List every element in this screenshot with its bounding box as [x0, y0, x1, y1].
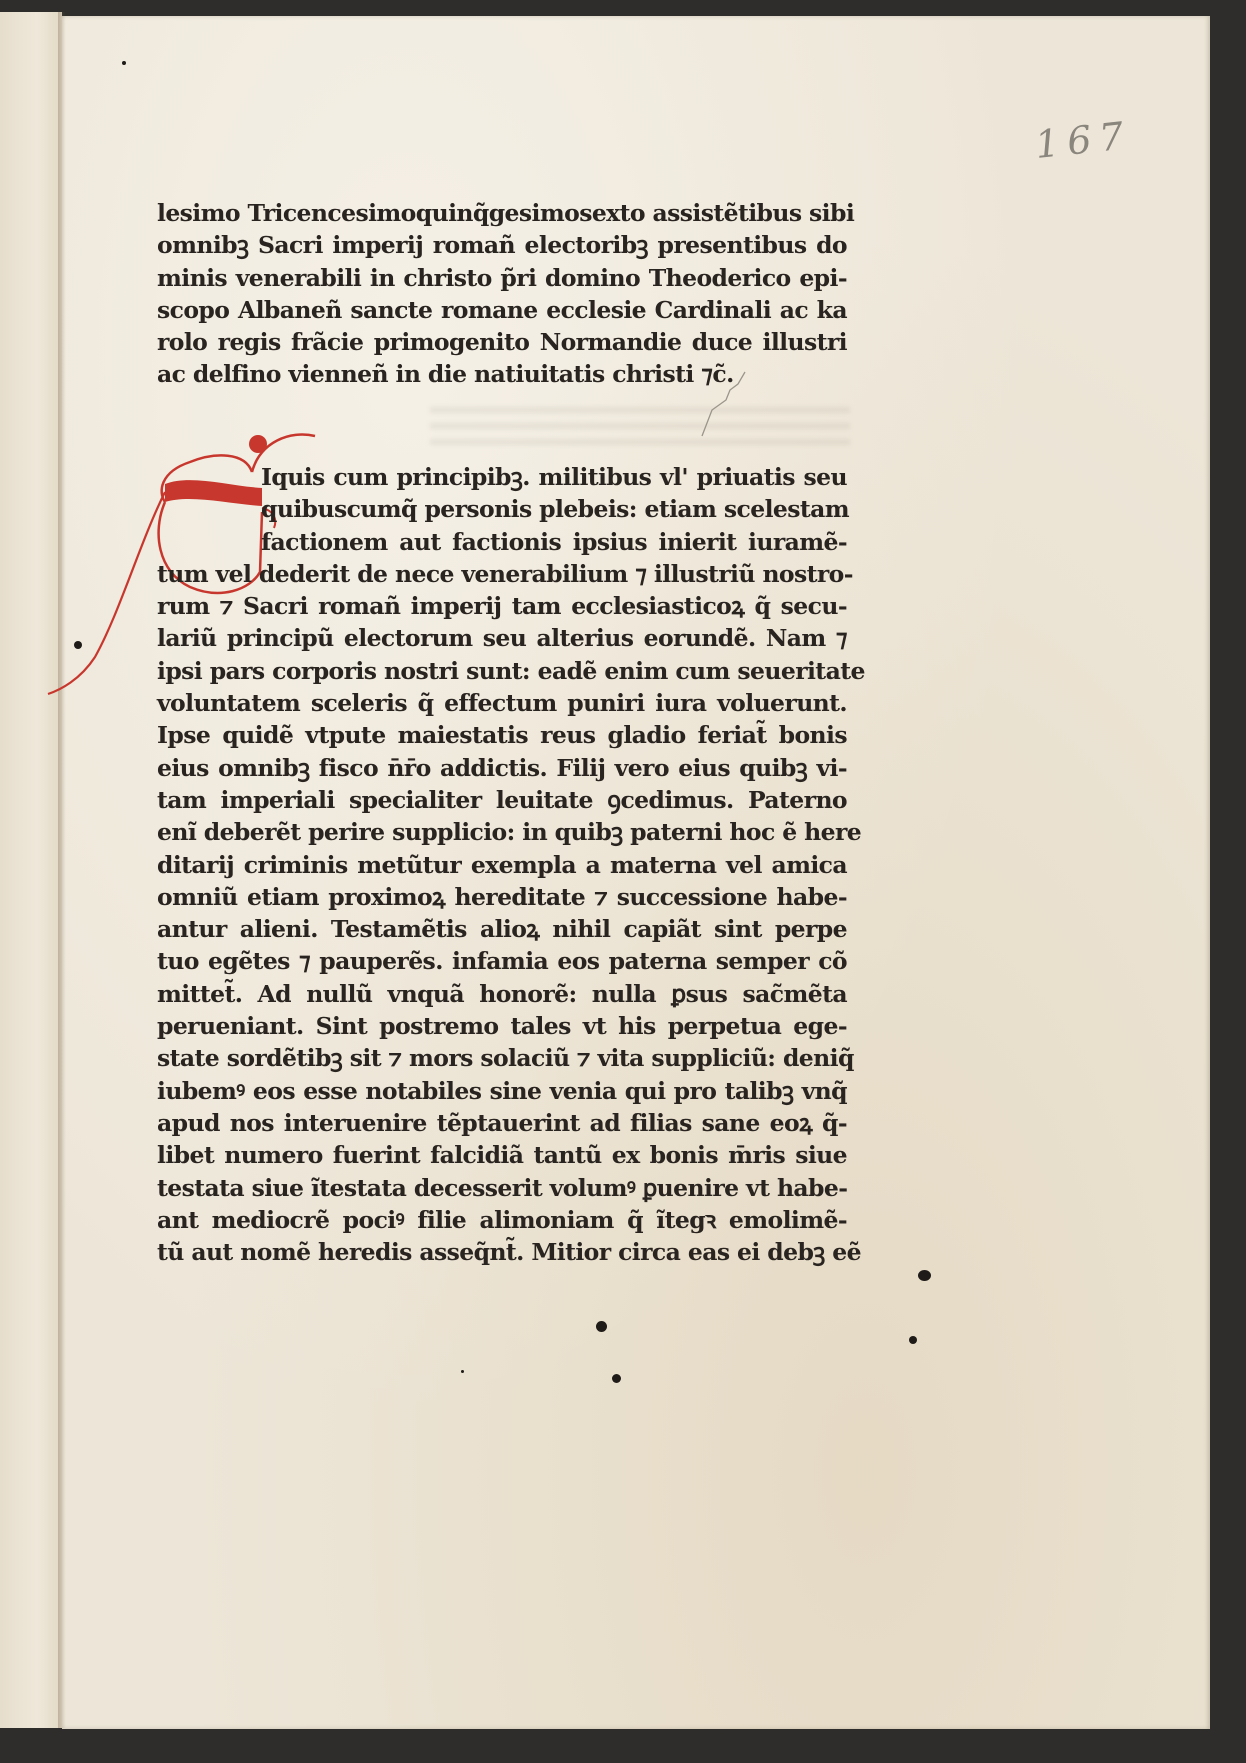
text-line: lariũ principũ electorum seu alterius eo…	[157, 622, 847, 654]
ink-spot	[918, 1270, 931, 1281]
text-line: tam imperiali specialiter leuitate ꝯcedi…	[157, 784, 847, 816]
text-line: factionem aut factionis ipsius inierit i…	[157, 526, 847, 558]
text-line: Ipse quidẽ vtpute maiestatis reus gladio…	[157, 719, 847, 751]
ink-spot	[74, 641, 82, 649]
text-line: tuo egẽtes ⁊ pauperẽs. infamia eos pater…	[157, 945, 847, 977]
text-line: perueniant. Sint postremo tales vt his p…	[157, 1010, 847, 1042]
ink-spot	[612, 1374, 621, 1383]
gutter-shadow	[58, 12, 66, 1728]
text-line: tũ aut nomẽ heredis asseq̃nt̃. Mitior ci…	[157, 1236, 847, 1268]
text-line: iubemꝰ eos esse notabiles sine venia qui…	[157, 1075, 847, 1107]
text-line: omnibꝫ Sacri imperij romañ electoribꝫ pr…	[157, 229, 847, 261]
text-line: apud nos interuenire tẽptauerint ad fili…	[157, 1107, 847, 1139]
text-line: scopo Albaneñ sancte romane ecclesie Car…	[157, 294, 847, 326]
text-line: rolo regis frãcie primogenito Normandie …	[157, 326, 847, 358]
text-block-2: Iquis cum principibꝫ. militibus vl' priu…	[157, 461, 847, 1268]
text-line: antur alieni. Testamẽtis alioꝝ nihil cap…	[157, 913, 847, 945]
text-line: ac delfino vienneñ in die natiuitatis ch…	[157, 358, 847, 390]
text-line: lesimo Tricencesimoquinq̃gesimosexto ass…	[157, 197, 847, 229]
text-line: Iquis cum principibꝫ. militibus vl' priu…	[157, 461, 847, 493]
text-line: enĩ deberẽt perire supplicio: in quibꝫ p…	[157, 816, 847, 848]
text-line: mittet̃. Ad nullũ vnquã honorẽ: nulla ꝑs…	[157, 978, 847, 1010]
text-line: ipsi pars corporis nostri sunt: eadẽ eni…	[157, 655, 847, 687]
text-line: libet numero fuerint falcidiã tantũ ex b…	[157, 1139, 847, 1171]
text-line: ditarij criminis metũtur exempla a mater…	[157, 849, 847, 881]
text-line: ant mediocrẽ pociꝰ filie alimoniam q̃ ĩt…	[157, 1204, 847, 1236]
text-line: quibuscumq̃ personis plebeis: etiam scel…	[157, 493, 847, 525]
text-line: minis venerabili in christo p̃ri domino …	[157, 262, 847, 294]
text-line: tum vel dederit de nece venerabilium ⁊ i…	[157, 558, 847, 590]
text-block-1: lesimo Tricencesimoquinq̃gesimosexto ass…	[157, 197, 847, 391]
text-line: testata siue ĩtestata decesserit volumꝰ …	[157, 1172, 847, 1204]
text-line: rum ⁊ Sacri romañ imperij tam ecclesiast…	[157, 590, 847, 622]
facing-page-edge	[0, 12, 62, 1728]
text-line: state sordẽtibꝫ sit ⁊ mors solaciũ ⁊ vit…	[157, 1042, 847, 1074]
text-line: voluntatem sceleris q̃ effectum puniri i…	[157, 687, 847, 719]
text-line: omniũ etiam proximoꝝ hereditate ⁊ succes…	[157, 881, 847, 913]
ink-bleed-through	[430, 405, 850, 445]
ink-spot	[596, 1321, 607, 1332]
ink-spot	[909, 1336, 917, 1344]
ink-spot	[461, 1370, 464, 1373]
ink-spot	[122, 61, 126, 65]
text-line: eius omnibꝫ fisco n̄r̄o addictis. Filij …	[157, 752, 847, 784]
